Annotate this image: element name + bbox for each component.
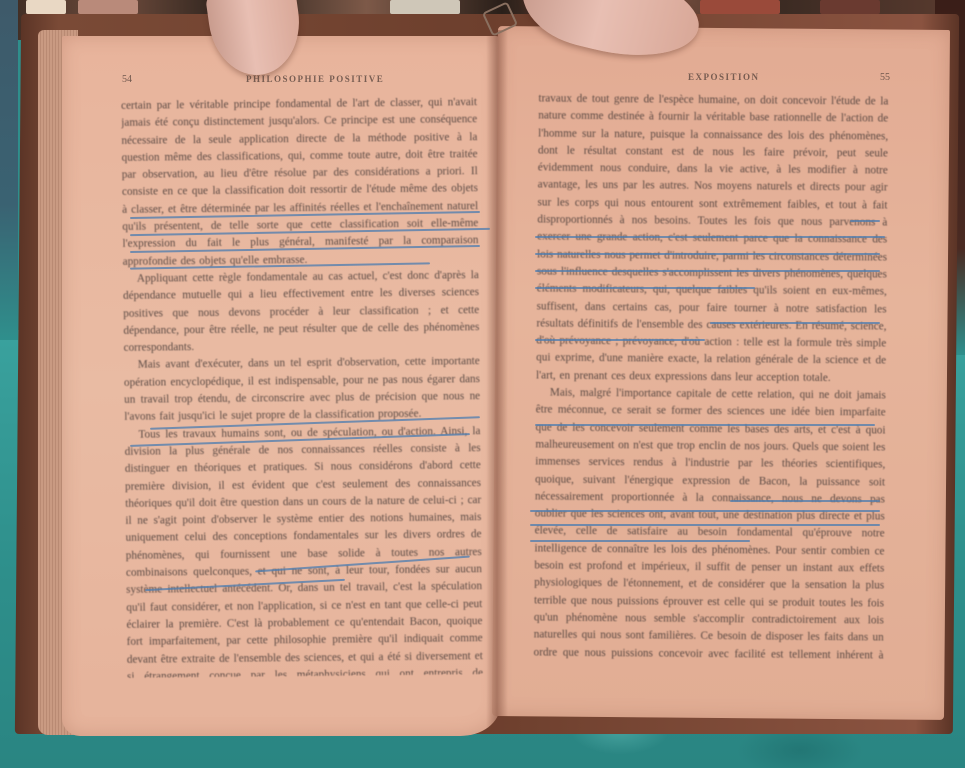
book-gutter	[486, 30, 508, 730]
pencil-underline	[535, 424, 875, 426]
left-running-head: PHILOSOPHIE POSITIVE	[246, 74, 384, 84]
left-page-text: certain par le véritable principe fondam…	[121, 94, 483, 678]
right-running-head: EXPOSITION	[688, 72, 760, 82]
pencil-underline	[710, 322, 880, 324]
pencil-underline	[535, 339, 705, 341]
right-page-text: travaux de tout genre de l'espèce humain…	[534, 90, 889, 663]
paragraph: Tous les travaux humains sont, ou de spé…	[124, 423, 483, 678]
shelf-book	[700, 0, 780, 14]
pencil-underline	[535, 253, 880, 255]
pencil-underline	[850, 220, 880, 222]
adjacent-book-spine	[0, 0, 18, 340]
shelf-book	[78, 0, 138, 14]
pencil-underline	[530, 540, 750, 542]
pencil-underline	[535, 287, 755, 289]
paragraph: travaux de tout genre de l'espèce humain…	[536, 90, 889, 387]
pencil-underline	[530, 510, 880, 512]
pencil-underline	[535, 236, 885, 238]
pencil-underline	[730, 500, 880, 502]
shelf-book	[390, 0, 460, 14]
right-page-number: 55	[880, 72, 890, 83]
paragraph: Mais avant d'exécuter, dans un tel espri…	[124, 354, 481, 427]
pencil-underline	[535, 270, 880, 272]
shelf-book	[820, 0, 880, 14]
shelf-book	[26, 0, 66, 14]
left-page-number: 54	[122, 74, 132, 85]
paragraph: certain par le véritable principe fondam…	[121, 94, 479, 271]
paragraph: Appliquant cette règle fondamentale au c…	[123, 267, 480, 357]
pencil-underline	[530, 524, 880, 526]
